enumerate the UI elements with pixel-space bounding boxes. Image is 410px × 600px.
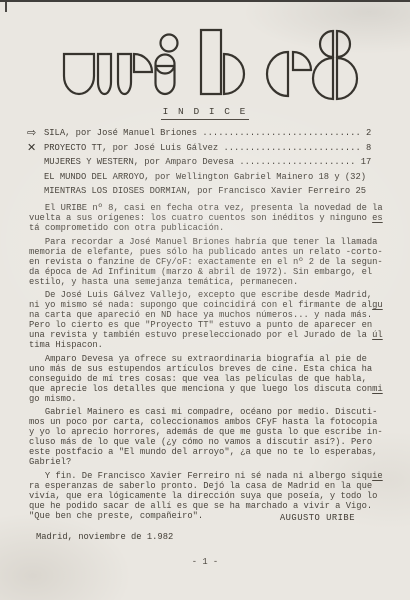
text-line: mos un poco por carta, coleccionamos amb… xyxy=(29,417,383,427)
text-segment: en revista o fanzine de CFy/oF: exactame… xyxy=(29,257,383,267)
paragraph: De José Luis Gálvez Vallejo, excepto que… xyxy=(29,290,383,350)
text-segment: mos un poco por carta, coleccionamos amb… xyxy=(29,417,377,427)
text-line: en revista o fanzine de CFy/oF: exactame… xyxy=(29,257,383,267)
signature: AUGUSTO URIBE xyxy=(280,513,355,523)
text-line: Pero lo cierto es que "Proyecto TT" estu… xyxy=(29,320,383,330)
index-heading: I N D I C E xyxy=(0,101,410,120)
text-line: Y fin. De Francisco Xavier Ferreiro ni s… xyxy=(29,471,383,481)
text-line: conseguido de mí tres cosas: que vea las… xyxy=(29,374,383,384)
text-segment: Y fin. De Francisco Xavier Ferreiro ni s… xyxy=(29,471,372,481)
text-segment: y yo lo aprecio horrores, además de que … xyxy=(29,427,383,437)
index-entry-text: SILA, por José Manuel Briones ..........… xyxy=(44,128,371,138)
text-segment: tima Hispacon. xyxy=(29,340,103,350)
text-segment: uno más de sus estupendos artículos brev… xyxy=(29,364,372,374)
index-entry-text: MIENTRAS LOS DIOSES DORMIAN, por Francis… xyxy=(44,186,366,196)
text-line: tima Hispacon. xyxy=(29,340,383,350)
text-segment: conseguido de mí tres cosas: que vea las… xyxy=(29,374,367,384)
text-line: que he podido sacar de allí es que se ha… xyxy=(29,501,383,511)
arrow-annotation-icon: ⇨ xyxy=(27,126,36,141)
text-segment: De José Luis Gálvez Vallejo, excepto que… xyxy=(29,290,372,300)
text-line: que aprecie los detalles que menciona y … xyxy=(29,384,383,394)
text-segment: Amparo Devesa ya ofrece su extraordinari… xyxy=(29,354,367,364)
text-line: tá comprometido con otra publicación. xyxy=(29,223,383,233)
paragraph: El URIBE nº 8, casi en fecha otra vez, p… xyxy=(29,203,383,233)
text-segment: ra esperanzas de saberlo pronto. Dejó la… xyxy=(29,481,372,491)
paragraph: Gabriel Mainero es casi mi compadre, océ… xyxy=(29,407,383,467)
text-segment: Pero lo cierto es que "Proyecto TT" estu… xyxy=(29,320,372,330)
text-segment: Para recordar a José Manuel Briones habr… xyxy=(29,237,377,247)
text-line: Amparo Devesa ya ofrece su extraordinari… xyxy=(29,354,383,364)
scanned-fanzine-page: I N D I C E ⇨SILA, por José Manuel Brion… xyxy=(0,0,410,600)
index-entry-text: EL MUNDO DEL ARROYO, por Wellington Gabr… xyxy=(44,172,366,182)
index-entry: MUJERES Y WESTERN, por Amparo Devesa ...… xyxy=(44,155,371,170)
text-line: memoria de elefante, pues sólo ha public… xyxy=(29,247,383,257)
index-entry-text: PROYECTO TT, por José Luis Gálvez ......… xyxy=(44,143,371,153)
x-annotation-icon: ✕ xyxy=(27,141,36,156)
text-segment: Gabriel Mainero es casi mi compadre, océ… xyxy=(29,407,377,417)
text-line: este postfacio a "El mundo del arroyo", … xyxy=(29,447,383,457)
text-segment: cluso más de lo que vale (¿y cómo no vam… xyxy=(29,437,372,447)
text-line: ra esperanzas de saberlo pronto. Dejó la… xyxy=(29,481,383,491)
text-segment: go mismo. xyxy=(29,394,77,404)
text-line: Gabriel? xyxy=(29,457,383,467)
underlined-syllable: gu xyxy=(372,300,383,310)
index-entry: ⇨SILA, por José Manuel Briones .........… xyxy=(44,126,371,141)
underlined-syllable: mi xyxy=(372,384,383,394)
text-segment: Gabriel? xyxy=(29,457,71,467)
text-segment: da época de Ad Infinitum (marzo & abril … xyxy=(29,267,372,277)
text-line: vuelta a sus orígenes: los cuatro cuento… xyxy=(29,213,383,223)
text-line: Para recordar a José Manuel Briones habr… xyxy=(29,237,383,247)
editorial-text: El URIBE nº 8, casi en fecha otra vez, p… xyxy=(29,203,383,524)
text-segment: vivía, que era lógicamente la dirección … xyxy=(29,491,377,501)
underlined-syllable: úl xyxy=(372,330,383,340)
text-segment: una revista y también estuvo preseleccio… xyxy=(29,330,372,340)
index-heading-label: I N D I C E xyxy=(161,106,250,120)
text-line: estilo, y hasta una semejanza temática, … xyxy=(29,277,383,287)
uribe-8-logo xyxy=(56,26,362,102)
text-line: una revista y también estuvo preseleccio… xyxy=(29,330,383,340)
scan-edge-line xyxy=(0,0,410,2)
underlined-syllable: es xyxy=(372,213,383,223)
underlined-syllable: ie xyxy=(372,471,383,481)
text-line: uno más de sus estupendos artículos brev… xyxy=(29,364,383,374)
text-segment: este postfacio a "El mundo del arroyo", … xyxy=(29,447,377,457)
paragraph: Amparo Devesa ya ofrece su extraordinari… xyxy=(29,354,383,404)
text-segment: na carta que apareció en ND hace ya much… xyxy=(29,310,372,320)
text-segment: ni yo mismo sé nada: supongo que coincid… xyxy=(29,300,372,310)
text-line: ni yo mismo sé nada: supongo que coincid… xyxy=(29,300,383,310)
text-line: El URIBE nº 8, casi en fecha otra vez, p… xyxy=(29,203,383,213)
text-line: y yo lo aprecio horrores, además de que … xyxy=(29,427,383,437)
text-segment: tá comprometido con otra publicación. xyxy=(29,223,224,233)
text-segment: vuelta a sus orígenes: los cuatro cuento… xyxy=(29,213,372,223)
dateline: Madrid, noviembre de 1.982 xyxy=(36,532,173,542)
text-segment: "Que ben che preste, compañeiro". xyxy=(29,511,203,521)
text-line: cluso más de lo que vale (¿y cómo no vam… xyxy=(29,437,383,447)
paragraph: Para recordar a José Manuel Briones habr… xyxy=(29,237,383,287)
text-line: na carta que apareció en ND hace ya much… xyxy=(29,310,383,320)
page-number: - 1 - xyxy=(0,557,410,567)
text-segment: estilo, y hasta una semejanza temática, … xyxy=(29,277,298,287)
text-line: vivía, que era lógicamente la dirección … xyxy=(29,491,383,501)
text-segment: El URIBE nº 8, casi en fecha otra vez, p… xyxy=(29,203,383,213)
text-segment: que he podido sacar de allí es que se ha… xyxy=(29,501,372,511)
index-entry: MIENTRAS LOS DIOSES DORMIAN, por Francis… xyxy=(44,184,371,199)
index-list: ⇨SILA, por José Manuel Briones .........… xyxy=(44,126,371,199)
text-line: De José Luis Gálvez Vallejo, excepto que… xyxy=(29,290,383,300)
scan-tick-mark xyxy=(5,2,7,12)
text-segment: que aprecie los detalles que menciona y … xyxy=(29,384,372,394)
index-entry: ✕PROYECTO TT, por José Luis Gálvez .....… xyxy=(44,141,371,156)
text-line: go mismo. xyxy=(29,394,383,404)
text-line: Gabriel Mainero es casi mi compadre, océ… xyxy=(29,407,383,417)
index-entry: EL MUNDO DEL ARROYO, por Wellington Gabr… xyxy=(44,170,371,185)
index-entry-text: MUJERES Y WESTERN, por Amparo Devesa ...… xyxy=(44,157,371,167)
text-line: da época de Ad Infinitum (marzo & abril … xyxy=(29,267,383,277)
uribe-logo-graphic xyxy=(56,26,362,102)
text-segment: memoria de elefante, pues sólo ha public… xyxy=(29,247,383,257)
